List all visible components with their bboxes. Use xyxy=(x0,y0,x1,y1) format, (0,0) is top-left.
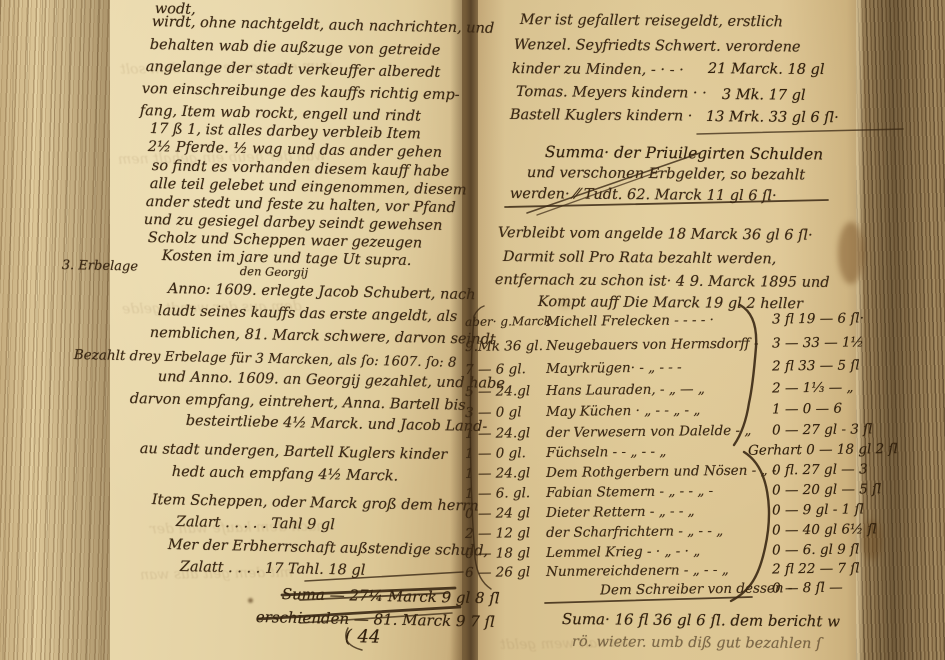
summa-line: und verschonen Erbgelder, so bezahlt xyxy=(527,165,805,183)
debit-amount: 0 — 18 gl xyxy=(465,545,530,562)
summa-footer-line: rö. wieter. umb diß gut bezahlen ſ xyxy=(572,634,822,652)
payee-name: Lemmel Krieg - · „ - · „ xyxy=(546,543,700,561)
debit-amount: 1 — 24.gl xyxy=(465,465,530,482)
payee-name: der Scharfrichtern - „ - - „ xyxy=(546,523,723,541)
payee-name: Hans Lauraden, - „ — „ xyxy=(546,381,705,399)
payee-name: Dieter Rettern - „ - - „ xyxy=(546,503,695,521)
paid-amount: 0 — 8 ſl — xyxy=(772,580,843,597)
paid-amount: 0 — 9 gl - 1 ſl xyxy=(772,501,864,518)
debit-amount: 6 — 26 gl xyxy=(465,564,530,581)
paid-amount: 1 — 0 — 6 xyxy=(772,401,842,418)
debit-amount: 9.Mk 36 gl. xyxy=(465,338,543,355)
open-manuscript-book-photo: num ein mande wien dem solt wan der heub… xyxy=(0,0,945,660)
debit-amount: 1 — 24.gl xyxy=(465,425,530,442)
note-line: entfernach zu schon ist· 4 9. Marck 1895… xyxy=(495,272,830,291)
debit-amount: 2 — 12 gl xyxy=(465,525,530,542)
page-footer-mark: ( 44 xyxy=(345,626,381,648)
entry-amount: 3 Mk. 17 gl xyxy=(722,87,806,104)
debit-amount: 7 — 6 gl. xyxy=(465,361,526,378)
entry-text: Tomas. Meyers kindern · · xyxy=(516,84,707,102)
debit-amount: 1 — 6. gl. xyxy=(465,485,530,502)
entry-amount: 13 Mrk. 33 gl 6 ſl· xyxy=(706,109,839,126)
note-line: Verbleibt vom angelde 18 Marck 36 gl 6 ſ… xyxy=(498,225,813,244)
payee-name: Neugebauers von Hermsdorff - xyxy=(546,336,759,354)
paid-amount: 0 — 27 gl - 3 ſl xyxy=(772,421,873,438)
payee-name: Nunmereichdenern - „ - - „ xyxy=(546,562,729,580)
note-line: Darmit soll Pro Rata bezahlt werden, xyxy=(503,249,777,267)
debit-amount: 5 — 24.gl xyxy=(465,383,530,400)
entry-text: Mer ist gefallert reisegeldt, erstlich xyxy=(520,12,783,30)
summa-footer-line: Suma· 16 fl 36 gl 6 ſl. dem bericht w xyxy=(562,610,840,630)
paid-amount: 0 — 40 gl 6½ ſl xyxy=(772,521,877,538)
paid-amount: 3 — 33 — 1½ xyxy=(772,334,864,351)
payee-name: Dem Schreiber von dessen - xyxy=(600,580,792,598)
paper-stain xyxy=(838,222,864,284)
note-line: Kompt auff Die Marck 19 gl 2 heller xyxy=(538,294,803,312)
payee-name: Michell Frelecken - - - - · xyxy=(546,312,714,330)
entry-amount: 21 Marck. 18 gl xyxy=(708,61,825,78)
payee-name: Dem Rothgerbern und Nösen - „ - xyxy=(546,462,777,481)
paid-amount: Gerhart 0 — 18 gl 2 ſl xyxy=(748,441,898,459)
paid-amount: 2 fl 33 — 5 ſl xyxy=(772,357,860,374)
payee-name: Mayrkrügen· - „ - - - xyxy=(546,359,682,377)
entry-text: Bastell Kuglers kindern · xyxy=(510,107,693,125)
interline-note: den Georgij xyxy=(240,264,309,279)
paid-amount: 0 fl. 27 gl — 3 xyxy=(772,461,868,478)
paid-amount: 3 fl 19 — 6 ſl· xyxy=(772,310,864,327)
margin-note: 3. Erbelage xyxy=(62,258,138,275)
payee-name: May Küchen · „ - - „ - „ xyxy=(546,402,700,420)
entry-text: kinder zu Minden, - · - · xyxy=(512,61,684,78)
paid-amount: 0 — 20 gl — 5 ſl xyxy=(772,481,882,498)
summa-heading: Summa· der Priuilegirten Schulden xyxy=(545,143,823,163)
paid-amount: 2 fl 22 — 7 ſl xyxy=(772,560,860,577)
payee-name: Füchseln - - „ - - „ xyxy=(546,444,666,461)
debit-amount: 3 — 0 gl xyxy=(465,404,522,421)
paid-amount: 2 — 1⅓ — „ xyxy=(772,380,854,397)
debit-amount: 1 — 0 gl. xyxy=(465,445,526,462)
entry-text: Wenzel. Seyfriedts Schwert. verordene xyxy=(514,37,801,56)
payee-name: der Verwesern von Dalelde - „ xyxy=(546,423,751,441)
paid-amount: 0 — 6. gl 9 ſl xyxy=(772,541,859,558)
summa-line: werden· ⁄⁄ Tudt. 62. Marck 11 gl 6 ſl· xyxy=(510,186,777,204)
debit-amount: aber· g.Marck xyxy=(465,314,551,329)
payee-name: Fabian Stemern - „ - - „ - xyxy=(546,483,713,501)
debit-amount: 0 — 24 gl xyxy=(465,505,530,522)
